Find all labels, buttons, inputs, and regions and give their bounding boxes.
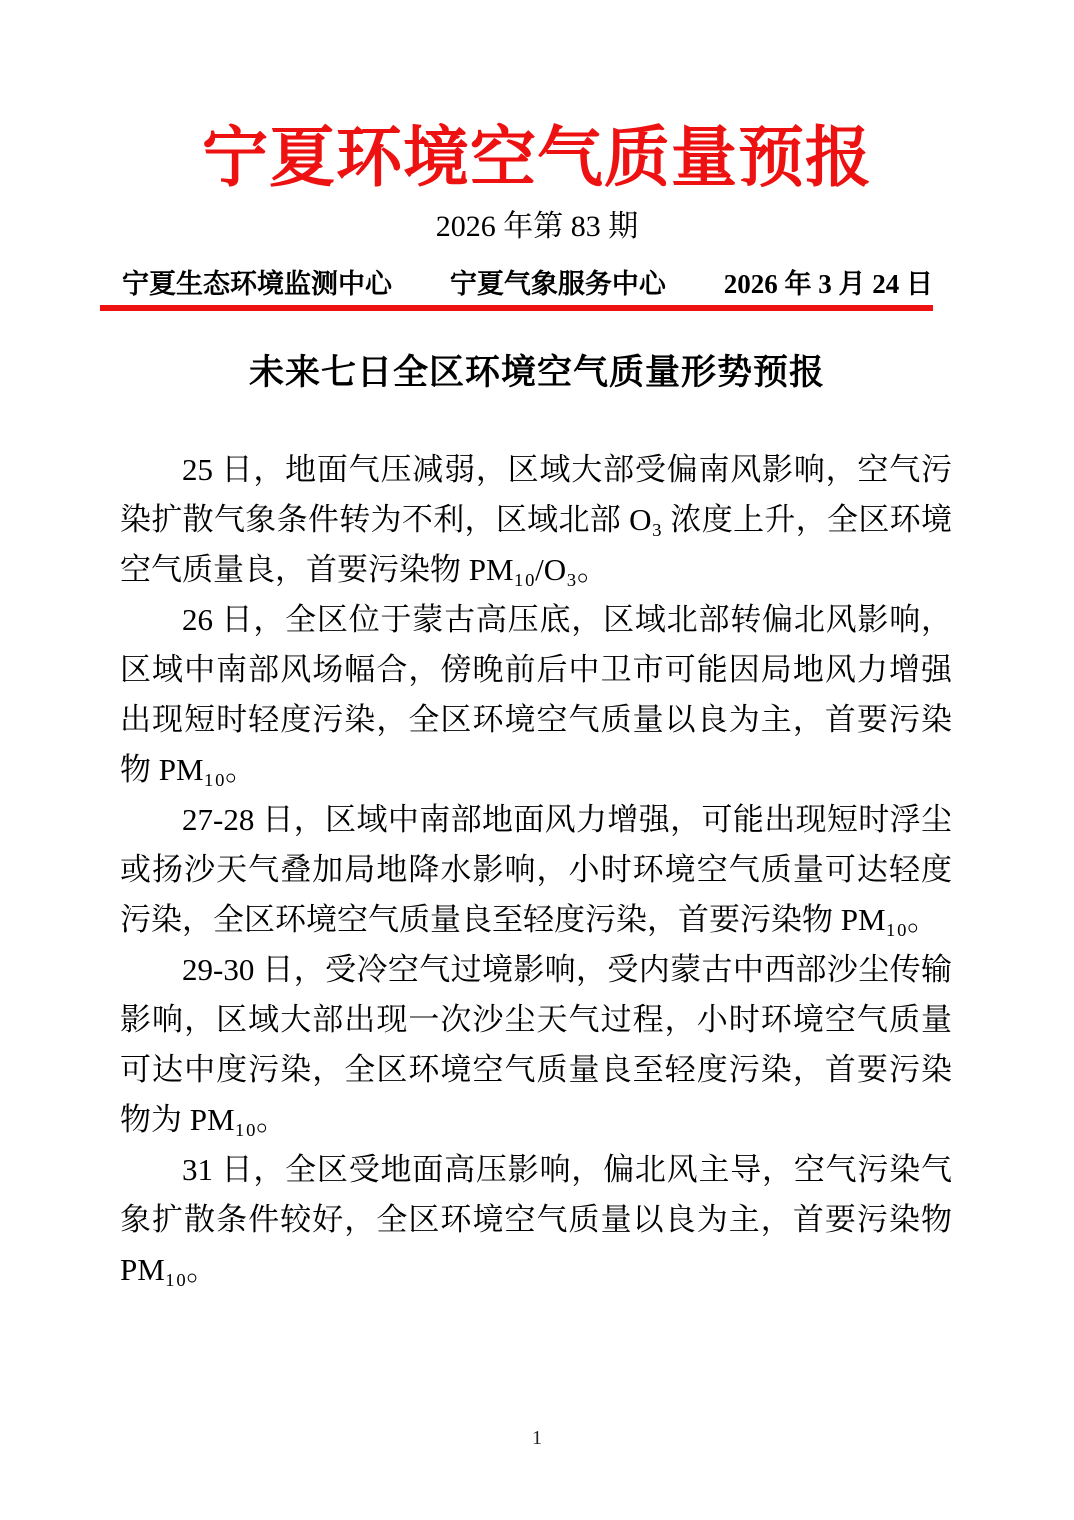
header-divider-rule [100,305,933,311]
report-heading: 未来七日全区环境空气质量形势预报 [0,353,1074,393]
forecast-paragraph-day29-30: 29-30 日，受冷空气过境影响，受内蒙古中西部沙尘传输影响，区域大部出现一次沙… [120,945,952,1145]
document-title: 宁夏环境空气质量预报 [0,116,1074,202]
issuer-monitoring-center: 宁夏生态环境监测中心 [122,268,392,300]
issuer-meteorological-center: 宁夏气象服务中心 [450,268,666,300]
forecast-body: 25 日，地面气压减弱，区域大部受偏南风影响，空气污染扩散气象条件转为不利，区域… [120,445,952,1295]
issue-date: 2026 年 3 月 24 日 [724,268,933,300]
forecast-paragraph-day31: 31 日，全区受地面高压影响，偏北风主导，空气污染气象扩散条件较好，全区环境空气… [120,1145,952,1295]
bulletin-page: 宁夏环境空气质量预报 2026 年第 83 期 宁夏生态环境监测中心 宁夏气象服… [0,0,1074,1520]
forecast-paragraph-day26: 26 日，全区位于蒙古高压底，区域北部转偏北风影响，区域中南部风场幅合，傍晚前后… [120,595,952,795]
forecast-paragraph-day27-28: 27-28 日，区域中南部地面风力增强，可能出现短时浮尘或扬沙天气叠加局地降水影… [120,795,952,945]
page-number: 1 [0,1426,1074,1450]
issue-number: 2026 年第 83 期 [0,210,1074,244]
issuer-row: 宁夏生态环境监测中心 宁夏气象服务中心 2026 年 3 月 24 日 [122,268,933,300]
forecast-paragraph-day25: 25 日，地面气压减弱，区域大部受偏南风影响，空气污染扩散气象条件转为不利，区域… [120,445,952,595]
